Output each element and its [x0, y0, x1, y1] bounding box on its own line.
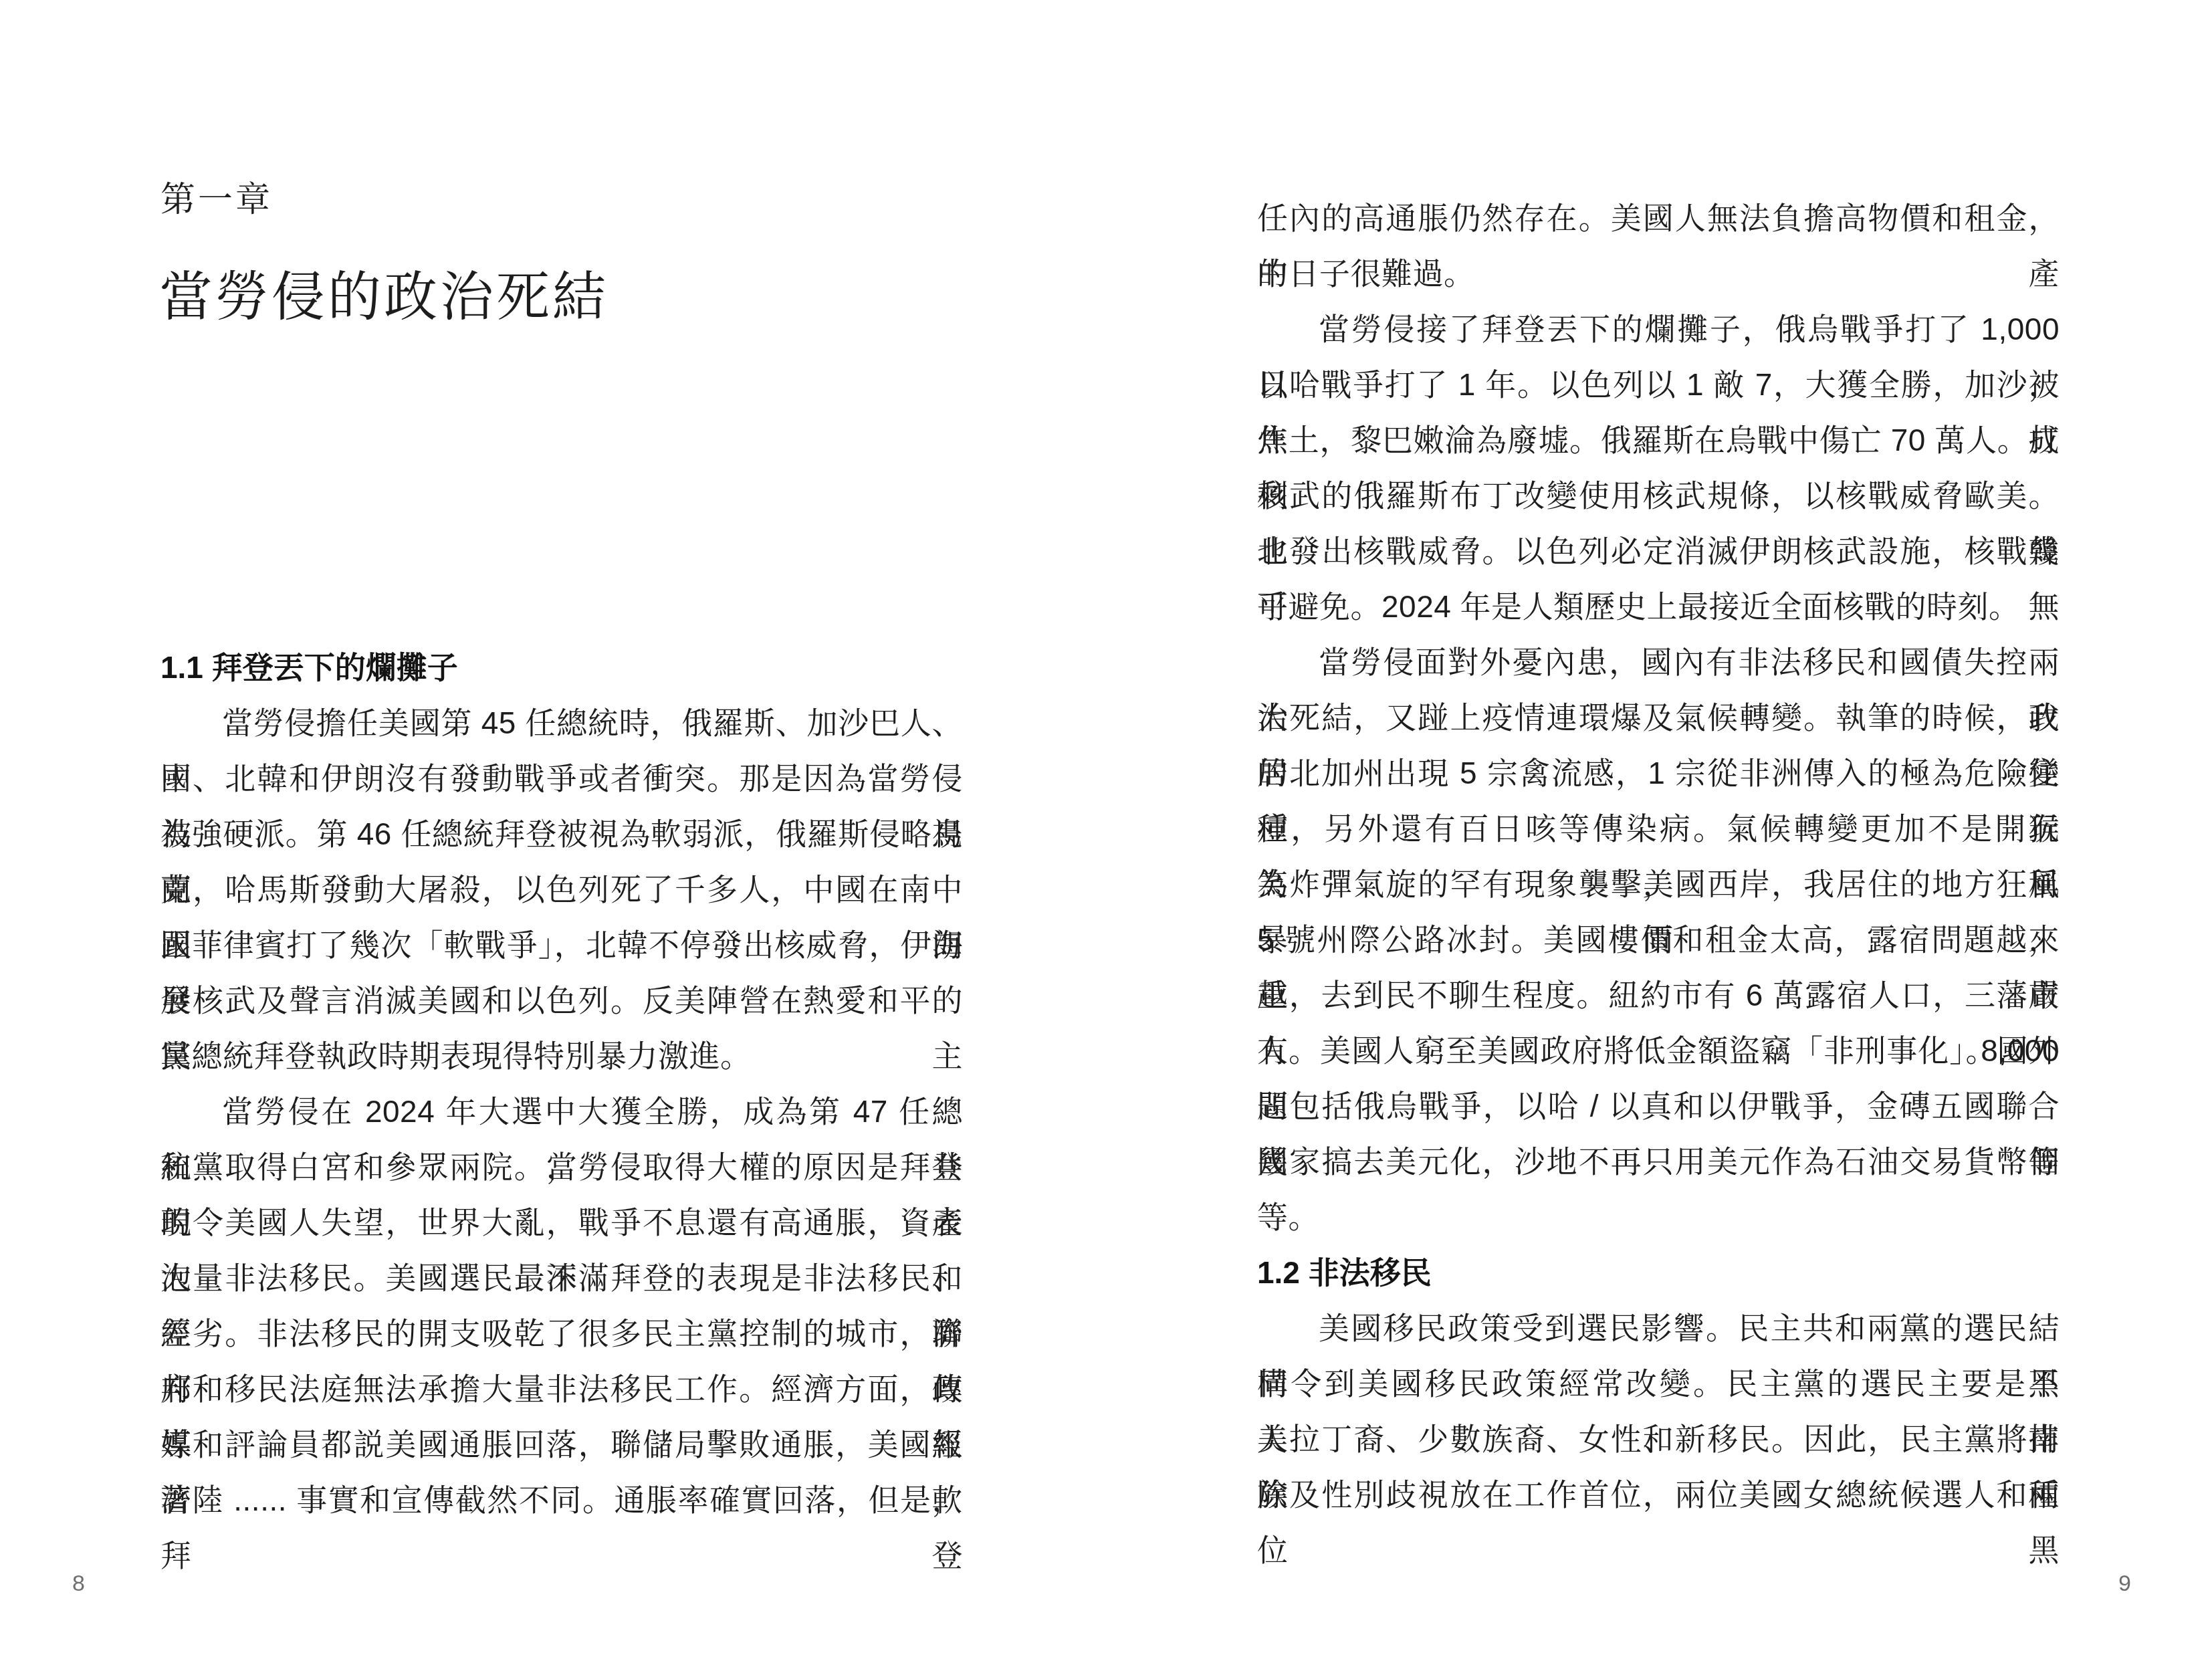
right-page-body-2: 美國移民政策受到選民影響。民主共和兩黨的選民結構不 同令到美國移民政策經常改變。…: [1257, 1301, 2060, 1523]
text-line: 5 號州際公路冰封。美國樓價和租金太高，露宿問題越來越嚴: [1257, 912, 2060, 968]
text-line: 任內的高通脹仍然存在。美國人無法負擔高物價和租金，中產: [1257, 191, 2060, 246]
right-page-body: 任內的高通脹仍然存在。美國人無法負擔高物價和租金，中產 的日子很難過。 當勞侵接…: [1257, 191, 2060, 1190]
text-line: 重，去到民不聊生程度。紐約市有 6 萬露宿人口，三藩市有 8,000: [1257, 968, 2060, 1023]
left-page-body: 當勞侵擔任美國第 45 任總統時，俄羅斯、加沙巴人、中 國、北韓和伊朗沒有發動戰…: [160, 695, 963, 1528]
section-heading-1-2: 1.2 非法移民: [1257, 1245, 2060, 1301]
text-line: 美拉丁裔、少數族裔、女性和新移民。因此，民主黨將排除種: [1257, 1412, 2060, 1467]
text-line: 國、北韓和伊朗沒有發動戰爭或者衝突。那是因為當勞侵被視: [160, 751, 963, 806]
text-line: 痘，另外還有百日咳等傳染病。氣候轉變更加不是開玩笑，稱: [1257, 801, 2060, 857]
text-line: 焦土，黎巴嫩淪為廢墟。俄羅斯在烏戰中傷亡 70 萬人。打剩: [1257, 413, 2060, 468]
book-spread: 第一章 當勞侵的政治死結 1.1 拜登丟下的爛攤子 當勞侵擔任美國第 45 任總…: [0, 0, 2212, 1659]
text-line: 展核武及聲言消滅美國和以色列。反美陣營在熱愛和平的民主: [160, 973, 963, 1028]
text-line: 當勞侵擔任美國第 45 任總統時，俄羅斯、加沙巴人、中: [160, 695, 963, 751]
text-line: 為炸彈氣旋的罕有現象襲擊美國西岸，我居住的地方狂風暴雨，: [1257, 857, 2060, 912]
text-line: 和黨取得白宮和參眾兩院。當勞侵取得大權的原因是拜登的表: [160, 1139, 963, 1195]
text-line: 題包括俄烏戰爭，以哈 / 以真和以伊戰爭，金磚五國聯合幾個: [1257, 1079, 2060, 1134]
text-line: 的北加州出現 5 宗禽流感，1 宗從非洲傳入的極為危險變種猴: [1257, 746, 2060, 801]
text-line: 也發出核戰威脅。以色列必定消滅伊朗核武設施，核戰幾乎無: [1257, 524, 2060, 579]
text-line: 國家搞去美元化，沙地不再只用美元作為石油交易貨幣等等。: [1257, 1134, 2060, 1190]
text-line: 族及性別歧視放在工作首位，兩位美國女總統候選人和兩位黑: [1257, 1467, 2060, 1523]
chapter-label: 第一章: [160, 179, 273, 221]
text-line: 為強硬派。第 46 任總統拜登被視為軟弱派，俄羅斯侵略烏克: [160, 806, 963, 862]
text-line: 大量非法移民。美國選民最不滿拜登的表現是非法移民和經濟: [160, 1250, 963, 1306]
chapter-title: 當勞侵的政治死結: [159, 266, 609, 328]
text-line: 同令到美國移民政策經常改變。民主黨的選民主要是黑人、南: [1257, 1356, 2060, 1412]
page-number-right: 9: [2118, 1570, 2131, 1597]
text-line: 治死結，又踫上疫情連環爆及氣候轉變。執筆的時候，我居住: [1257, 690, 2060, 746]
text-line: 蘭，哈馬斯發動大屠殺，以色列死了千多人，中國在南中國海: [160, 862, 963, 917]
section-heading-1-1: 1.1 拜登丟下的爛攤子: [160, 640, 963, 695]
text-line: 導和評論員都説美國通脹回落，聯儲局擊敗通脹，美國經濟軟: [160, 1417, 963, 1472]
text-line: 可避免。2024 年是人類歷史上最接近全面核戰的時刻。: [1257, 579, 2060, 635]
text-line: 人。美國人窮至美國政府將低金額盜竊「非刑事化」。國外問: [1257, 1023, 2060, 1079]
text-line: 現令美國人失望，世界大亂，戰爭不息還有高通脹，資產泡沫、: [160, 1195, 963, 1250]
text-line: 核武的俄羅斯布丁改變使用核武規條，以核戰威脅歐美。北韓: [1257, 468, 2060, 524]
page-number-left: 8: [72, 1570, 85, 1597]
text-line: 差劣。非法移民的開支吸乾了很多民主黨控制的城市，聯邦政: [160, 1306, 963, 1361]
text-line: 府和移民法庭無法承擔大量非法移民工作。經濟方面，傳媒報: [160, 1361, 963, 1417]
text-line: 當勞侵面對外憂內患，國內有非法移民和國債失控兩大政: [1257, 635, 2060, 690]
text-line: 當勞侵接了拜登丟下的爛攤子，俄烏戰爭打了 1,000 日，: [1257, 302, 2060, 357]
text-line: 以哈戰爭打了 1 年。以色列以 1 敵 7，大獲全勝，加沙被炸成: [1257, 357, 2060, 413]
text-line: 當勞侵在 2024 年大選中大獲全勝，成為第 47 任總統，共: [160, 1084, 963, 1139]
text-line: 跟菲律賓打了幾次「軟戰爭」，北韓不停發出核威脅，伊朗發: [160, 917, 963, 973]
text-line: 著陸 ...... 事實和宣傳截然不同。通脹率確實回落，但是，拜登: [160, 1472, 963, 1528]
text-line: 美國移民政策受到選民影響。民主共和兩黨的選民結構不: [1257, 1301, 2060, 1356]
